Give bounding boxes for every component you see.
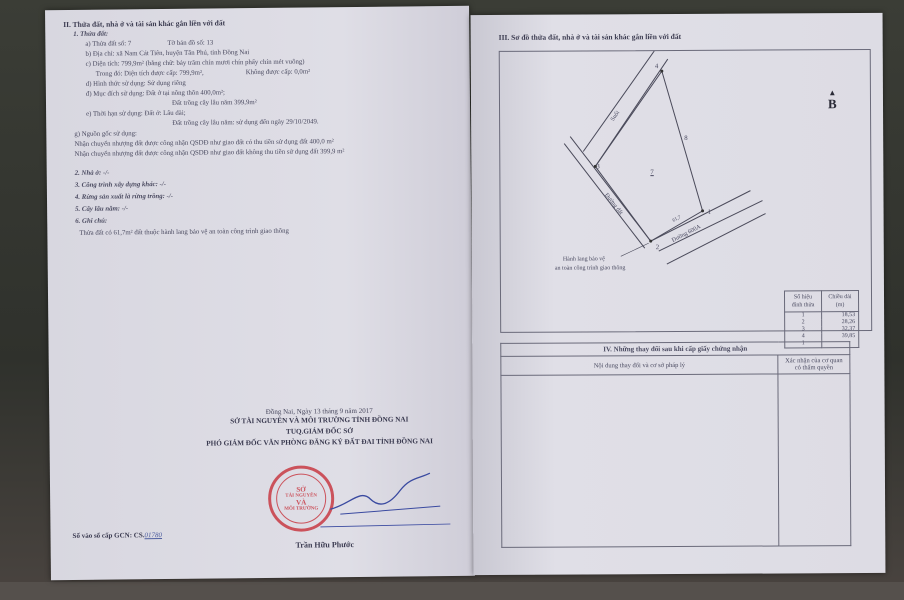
section-iii-title: III. Sơ đồ thửa đất, nhà ở và tài sản kh…: [499, 32, 681, 42]
origin-line-2: Nhận chuyển nhượng đất được công nhận QS…: [75, 148, 345, 158]
edge-table-header-length: Chiều dài (m): [821, 291, 858, 312]
certificate-right-page: III. Sơ đồ thửa đất, nhà ở và tài sản kh…: [471, 13, 886, 575]
changes-empty-row: [501, 374, 851, 548]
certificate-left-page: II. Thửa đất, nhà ở và tài sản khác gắn …: [45, 6, 475, 580]
vertex-label-2: 2: [656, 244, 659, 251]
gcn-value: 01780: [144, 531, 162, 539]
gcn-label: Số vào sổ cấp GCN: CS.: [72, 531, 144, 540]
notes-heading: 6. Ghi chú:: [75, 218, 107, 225]
house-item: 2. Nhà ở: -/-: [75, 170, 110, 177]
usage-form: d) Hình thức sử dụng: Sử dụng riêng: [86, 80, 186, 88]
land-heading: 1. Thửa đất:: [73, 31, 108, 38]
seal-text: TÀI NGUYÊN: [285, 493, 317, 498]
usage-term-2: Đất trồng cây lâu năm: sử dụng đến ngày …: [172, 118, 318, 127]
signer-name: Trần Hữu Phước: [296, 540, 354, 550]
parcel-area: c) Diện tích: 799,9m² (bằng chữ: bảy tră…: [86, 59, 305, 68]
signer-title: PHÓ GIÁM ĐỐC VĂN PHÒNG ĐĂNG KÝ ĐẤT ĐAI T…: [170, 436, 470, 450]
perennial-trees-item: 5. Cây lâu năm: -/-: [75, 205, 128, 213]
handwritten-signature: [320, 468, 451, 529]
vertex-label-1: 1: [708, 209, 711, 216]
corridor-label-1: Hành lang bảo vệ: [563, 256, 605, 262]
map-sheet-number: Tờ bản đồ số: 13: [167, 39, 213, 46]
origin-line-1: Nhận chuyển nhượng đất được công nhận QS…: [74, 138, 333, 148]
area-not-granted: Không được cấp: 0,0m²: [246, 68, 311, 76]
origin-heading: g) Nguồn gốc sử dụng:: [74, 130, 137, 138]
table-surface: [0, 582, 904, 600]
vertex-label-3: 3: [596, 163, 599, 170]
signature-block: Đồng Nai, Ngày 13 tháng 9 năm 2017 SỞ TÀ…: [169, 406, 469, 450]
edge-length-table: Số hiệu đỉnh thửa Chiều dài (m) 118,53 2…: [784, 290, 859, 348]
vertex-label-4: 4: [655, 63, 658, 70]
corridor-label-2: an toàn công trình giao thông: [555, 265, 626, 271]
changes-col-content: Nội dung thay đổi và cơ sở pháp lý: [501, 355, 778, 375]
area-granted: Trong đó: Diện tích được cấp: 799,9m²,: [96, 70, 204, 78]
other-construction-item: 3. Công trình xây dựng khác: -/-: [75, 181, 166, 189]
changes-table: IV. Những thay đổi sau khi cấp giấy chứn…: [500, 341, 851, 548]
parcel-number: a) Thửa đất số: 7: [85, 40, 131, 47]
seal-text: SỞ: [296, 486, 305, 494]
north-arrow-icon: ▲ B: [828, 90, 837, 112]
section-ii-title: II. Thửa đất, nhà ở và tài sản khác gắn …: [63, 18, 225, 29]
neighbor-parcel-label: 8: [684, 135, 687, 142]
edge-table-header-vertex: Số hiệu đỉnh thửa: [784, 291, 821, 312]
usage-purpose-2: Đất trồng cây lâu năm 399,9m²: [172, 99, 257, 107]
changes-col-confirmation: Xác nhận của cơ quan có thẩm quyền: [778, 355, 850, 374]
north-symbol: B: [828, 96, 837, 111]
gcn-registry-number: Số vào sổ cấp GCN: CS.01780: [72, 531, 162, 540]
seal-text: MÔI TRƯỜNG: [284, 506, 318, 511]
notes-text: Thửa đất có 61,7m² đất thuộc hành lang b…: [79, 228, 289, 237]
production-forest-item: 4. Rừng sản xuất là rừng trồng: -/-: [75, 193, 173, 201]
usage-term-1: e) Thời hạn sử dụng: Đất ở: Lâu dài;: [86, 110, 186, 118]
seal-text: VÀ: [296, 499, 306, 507]
parcel-address: b) Địa chỉ: xã Nam Cát Tiên, huyện Tân P…: [85, 49, 249, 58]
usage-purpose-1: đ) Mục đích sử dụng: Đất ở tại nông thôn…: [86, 89, 225, 97]
parcel-diagram-frame: 3 4 1 2 7 8 Suối Đường đất Đường 600A 61…: [499, 49, 872, 333]
parcel-number-label: 7: [650, 169, 653, 176]
